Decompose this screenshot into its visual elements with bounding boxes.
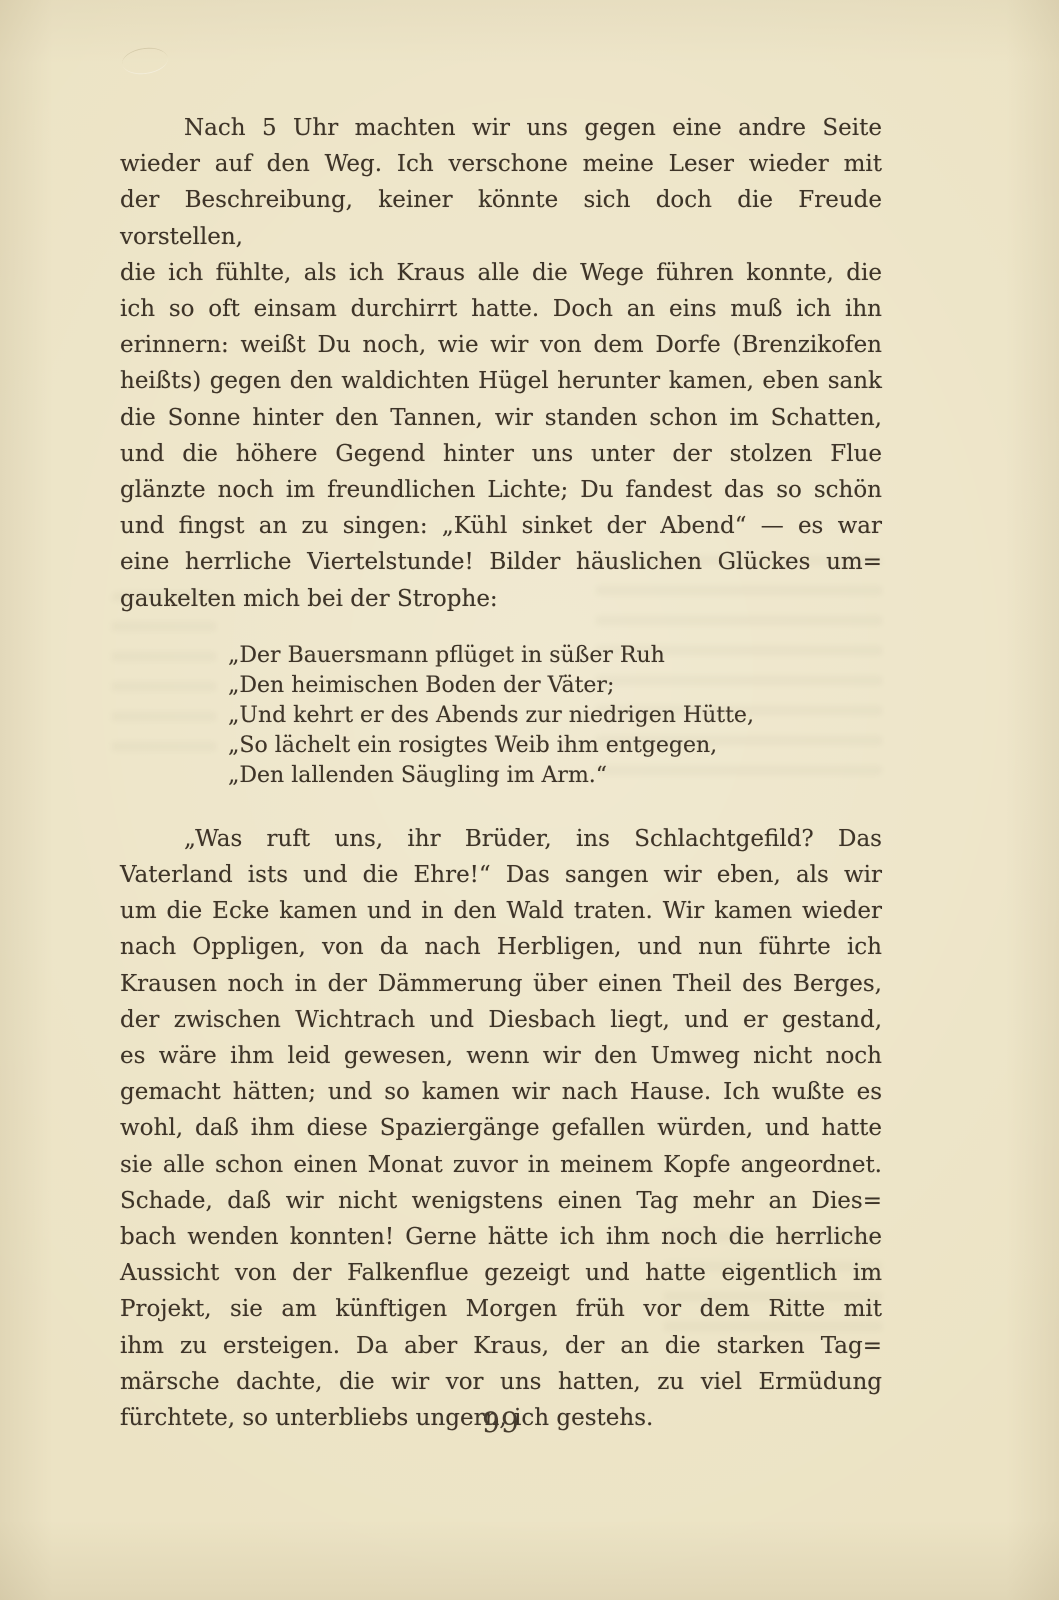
book-page-scan: Nach 5 Uhr machten wir uns gegen eine an… [0, 0, 1059, 1600]
text-line: gaukelten mich bei der Strophe: [120, 581, 882, 617]
paragraph-1: Nach 5 Uhr machten wir uns gegen eine an… [120, 110, 882, 617]
paper-crease-mark [120, 45, 169, 77]
text-line: „Den heimischen Boden der Väter; [228, 671, 882, 701]
text-line: die ich fühlte, als ich Kraus alle die W… [120, 255, 882, 291]
text-line: um die Ecke kamen und in den Wald traten… [120, 893, 882, 929]
text-line: und die höhere Gegend hinter uns unter d… [120, 436, 882, 472]
text-line: „Den lallenden Säugling im Arm.“ [228, 761, 882, 791]
text-block: Nach 5 Uhr machten wir uns gegen eine an… [120, 110, 882, 1436]
text-line: sie alle schon einen Monat zuvor in mein… [120, 1147, 882, 1183]
text-line: bach wenden konnten! Gerne hätte ich ihm… [120, 1219, 882, 1255]
paragraph-2: „Was ruft uns, ihr Brüder, ins Schlachtg… [120, 821, 882, 1436]
text-line: heißts) gegen den waldichten Hügel herun… [120, 363, 882, 399]
text-line: die Sonne hinter den Tannen, wir standen… [120, 400, 882, 436]
text-line: ich so oft einsam durchirrt hatte. Doch … [120, 291, 882, 327]
text-line: glänzte noch im freundlichen Lichte; Du … [120, 472, 882, 508]
text-line: eine herrliche Viertelstunde! Bilder häu… [120, 544, 882, 580]
text-line: Krausen noch in der Dämmerung über einen… [120, 966, 882, 1002]
text-line: wohl, daß ihm diese Spaziergänge gefalle… [120, 1110, 882, 1146]
text-line: Nach 5 Uhr machten wir uns gegen eine an… [120, 110, 882, 146]
text-line: Projekt, sie am künftigen Morgen früh vo… [120, 1291, 882, 1327]
text-line: Aussicht von der Falkenflue gezeigt und … [120, 1255, 882, 1291]
text-line: gemacht hätten; und so kamen wir nach Ha… [120, 1074, 882, 1110]
text-line: märsche dachte, die wir vor uns hatten, … [120, 1364, 882, 1400]
page-number: 99 [120, 1406, 882, 1439]
text-line: wieder auf den Weg. Ich verschone meine … [120, 146, 882, 182]
text-line: erinnern: weißt Du noch, wie wir von dem… [120, 327, 882, 363]
text-line: der zwischen Wichtrach und Diesbach lieg… [120, 1002, 882, 1038]
text-line: „So lächelt ein rosigtes Weib ihm entgeg… [228, 731, 882, 761]
text-line: „Der Bauersmann pflüget in süßer Ruh [228, 641, 882, 671]
verse-block: „Der Bauersmann pflüget in süßer Ruh„Den… [228, 641, 882, 791]
text-line: Schade, daß wir nicht wenigstens einen T… [120, 1183, 882, 1219]
text-line: ihm zu ersteigen. Da aber Kraus, der an … [120, 1328, 882, 1364]
text-line: „Und kehrt er des Abends zur niedrigen H… [228, 701, 882, 731]
text-line: nach Oppligen, von da nach Herbligen, un… [120, 929, 882, 965]
text-line: Vaterland ists und die Ehre!“ Das sangen… [120, 857, 882, 893]
text-line: „Was ruft uns, ihr Brüder, ins Schlachtg… [120, 821, 882, 857]
text-line: es wäre ihm leid gewesen, wenn wir den U… [120, 1038, 882, 1074]
text-line: der Beschreibung, keiner könnte sich doc… [120, 182, 882, 254]
text-line: und fingst an zu singen: „Kühl sinket de… [120, 508, 882, 544]
